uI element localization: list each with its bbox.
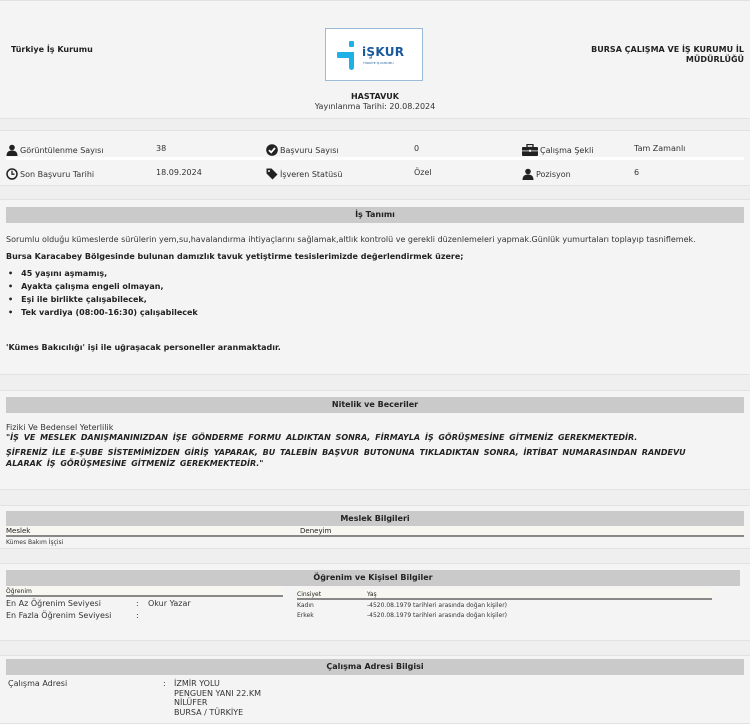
- list-item: 45 yaşını aşmamış,: [6, 267, 198, 280]
- logo-mark-dot: [349, 41, 354, 47]
- position-value: 6: [634, 168, 639, 177]
- gender-age-header: Cinsiyet Yaş: [297, 589, 712, 600]
- table-row: Kadın -4520.08.1979 tarihleri arasında d…: [297, 602, 712, 609]
- col-age: Yaş: [367, 589, 377, 600]
- section-header: Meslek Bilgileri: [6, 511, 744, 527]
- address-row: Çalışma Adresi : İZMİR YOLU PENGUEN YANI…: [8, 679, 408, 689]
- iskur-logo: iŞKUR TÜRKİYE İŞ KURUMU: [325, 28, 423, 81]
- applications-value: 0: [414, 144, 419, 153]
- age-range: -4520.08.1979 tarihleri arasında doğan k…: [367, 602, 507, 609]
- address-label: Çalışma Adresi: [8, 679, 67, 688]
- job-description-text: Sorumlu olduğu kümeslerde sürülerin yem,…: [6, 235, 744, 244]
- stats-row: Görüntülenme Sayısı 38 Başvuru Sayısı 0 …: [6, 138, 744, 160]
- occupation-section: Meslek Bilgileri Meslek Deneyim Kümes Ba…: [0, 505, 750, 549]
- logo-mark-stem: [349, 52, 354, 70]
- job-description-intro: Bursa Karacabey Bölgesinde bulunan damız…: [6, 252, 744, 261]
- section-header: Öğrenim ve Kişisel Bilgiler: [6, 570, 740, 586]
- occupation-table-header: Meslek Deneyim: [6, 526, 744, 537]
- min-education-row: En Az Öğrenim Seviyesi : Okur Yazar: [6, 599, 306, 608]
- qualifications-section: Nitelik ve Beceriler Fiziki Ve Bedensel …: [0, 390, 750, 490]
- address-section: Çalışma Adresi Bilgisi Çalışma Adresi : …: [0, 655, 750, 724]
- col-experience: Deneyim: [300, 526, 331, 537]
- position-label: Pozisyon: [536, 170, 571, 179]
- org-name-left: Türkiye İş Kurumu: [11, 45, 93, 54]
- applications-label: Başvuru Sayısı: [280, 146, 339, 155]
- job-description-closing: 'Kümes Bakıcılığı' işi ile uğraşacak per…: [6, 343, 744, 352]
- employer-status-value: Özel: [414, 168, 432, 177]
- qualifications-note-2: ŞİFRENİZ İLE E-ŞUBE SİSTEMİMİZDEN GİRİŞ …: [6, 447, 722, 469]
- views-value: 38: [156, 144, 166, 153]
- address-line: BURSA / TÜRKİYE: [174, 708, 261, 718]
- user-icon: [6, 144, 18, 156]
- col-occupation: Meslek: [6, 526, 30, 537]
- address-lines: İZMİR YOLU PENGUEN YANI 22.KM NİLÜFER BU…: [174, 679, 261, 717]
- col-gender: Cinsiyet: [297, 589, 321, 600]
- position-stat: Pozisyon: [522, 168, 571, 180]
- job-description-section: İş Tanımı Sorumlu olduğu kümeslerde sürü…: [0, 199, 750, 375]
- work-type-value: Tam Zamanlı: [634, 144, 685, 153]
- section-header: Nitelik ve Beceriler: [6, 397, 744, 413]
- education-section: Öğrenim ve Kişisel Bilgiler Öğrenim En A…: [0, 563, 750, 641]
- min-education-label: En Az Öğrenim Seviyesi: [6, 599, 101, 608]
- briefcase-icon: [522, 144, 538, 156]
- work-type-label: Çalışma Şekli: [540, 146, 593, 155]
- gender: Erkek: [297, 612, 314, 619]
- user-icon: [522, 168, 534, 180]
- stats-row: Son Başvuru Tarihi 18.09.2024 İşveren St…: [6, 162, 744, 184]
- occupation-name: Kümes Bakım İşçisi: [6, 539, 63, 546]
- address-line: NİLÜFER: [174, 698, 261, 708]
- qualifications-subtitle: Fiziki Ve Bedensel Yeterlilik: [6, 423, 744, 432]
- views-label: Görüntülenme Sayısı: [20, 146, 104, 155]
- requirements-list: 45 yaşını aşmamış, Ayakta çalışma engeli…: [6, 267, 198, 319]
- max-education-label: En Fazla Öğrenim Seviyesi: [6, 611, 111, 620]
- org-name-right: BURSA ÇALIŞMA VE İŞ KURUMU İL MÜDÜRLÜĞÜ: [544, 45, 744, 65]
- check-circle-icon: [266, 144, 278, 156]
- clock-icon: [6, 168, 18, 180]
- address-line: İZMİR YOLU: [174, 679, 261, 689]
- section-header: Çalışma Adresi Bilgisi: [6, 659, 744, 675]
- deadline-value: 18.09.2024: [156, 168, 202, 177]
- qualifications-note-1: "İŞ VE MESLEK DANIŞMANINIZDAN İŞE GÖNDER…: [6, 432, 744, 443]
- work-type-stat: Çalışma Şekli: [522, 144, 593, 156]
- table-row: Erkek -4520.08.1979 tarihleri arasında d…: [297, 612, 712, 619]
- deadline-stat: Son Başvuru Tarihi: [6, 168, 94, 180]
- job-header: Türkiye İş Kurumu iŞKUR TÜRKİYE İŞ KURUM…: [0, 0, 750, 119]
- applications-stat: Başvuru Sayısı: [266, 144, 339, 156]
- section-header: İş Tanımı: [6, 207, 744, 223]
- max-education-row: En Fazla Öğrenim Seviyesi :: [6, 611, 306, 620]
- list-item: Eşi ile birlikte çalışabilecek,: [6, 293, 198, 306]
- employer-status-stat: İşveren Statüsü: [266, 168, 342, 180]
- min-education-value: Okur Yazar: [148, 599, 191, 608]
- company-name: HASTAVUK: [0, 92, 750, 101]
- list-item: Tek vardiya (08:00-16:30) çalışabilecek: [6, 306, 198, 319]
- employer-status-label: İşveren Statüsü: [280, 170, 342, 179]
- deadline-label: Son Başvuru Tarihi: [20, 170, 94, 179]
- logo-text: iŞKUR: [362, 45, 404, 59]
- table-row: Kümes Bakım İşçisi: [6, 539, 744, 546]
- views-stat: Görüntülenme Sayısı: [6, 144, 104, 156]
- job-stats: Görüntülenme Sayısı 38 Başvuru Sayısı 0 …: [0, 130, 750, 186]
- list-item: Ayakta çalışma engeli olmayan,: [6, 280, 198, 293]
- gender: Kadın: [297, 602, 314, 609]
- logo-subtext: TÜRKİYE İŞ KURUMU: [363, 61, 394, 65]
- address-line: PENGUEN YANI 22.KM: [174, 689, 261, 699]
- education-header: Öğrenim: [6, 586, 283, 597]
- tag-icon: [266, 168, 278, 180]
- publish-date: Yayınlanma Tarihi: 20.08.2024: [0, 102, 750, 111]
- age-range: -4520.08.1979 tarihleri arasında doğan k…: [367, 612, 507, 619]
